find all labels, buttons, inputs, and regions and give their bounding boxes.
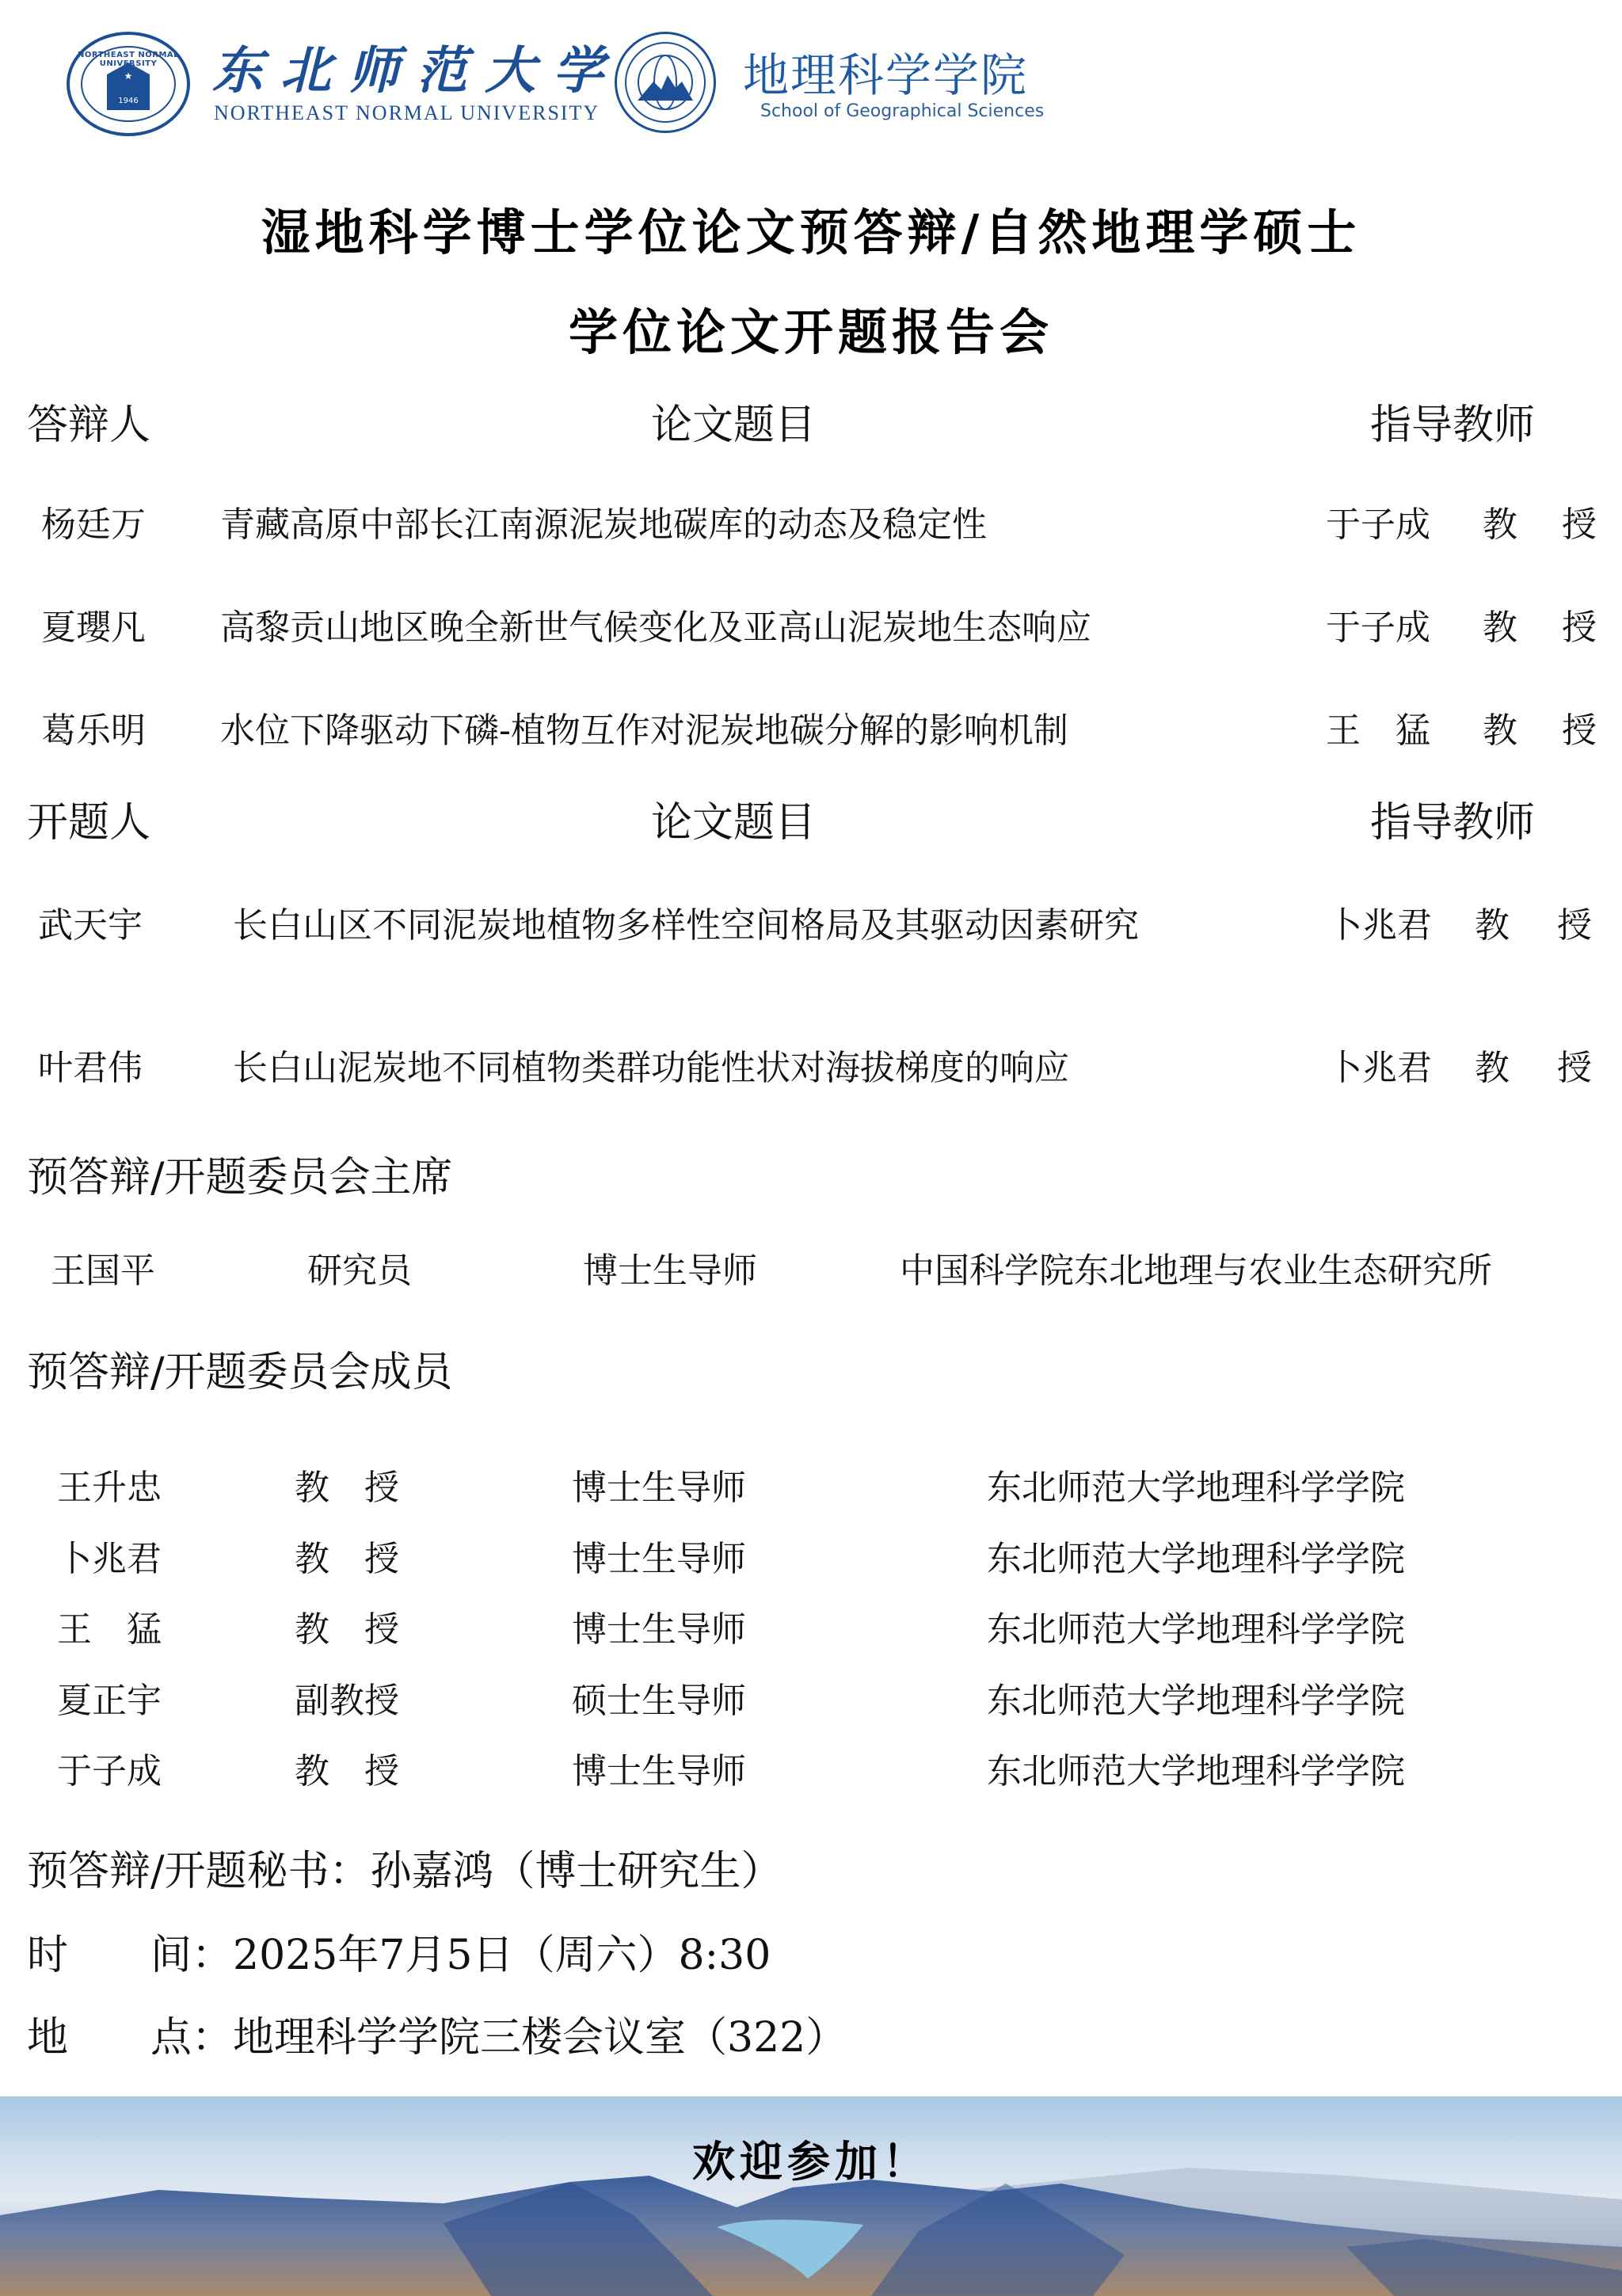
- chair-role: 博士生导师: [583, 1242, 757, 1293]
- proposal-rank1: 教: [1475, 897, 1510, 947]
- proposal-topic: 长白山区不同泥炭地植物多样性空间格局及其驱动因素研究: [233, 897, 1139, 947]
- member-role: 博士生导师: [572, 1742, 746, 1793]
- defense-rank2: 授: [1562, 599, 1597, 649]
- member-role: 博士生导师: [572, 1601, 746, 1651]
- secretary-line: 预答辩/开题秘书：孙嘉鸿（博士研究生）: [27, 1837, 782, 1897]
- defense-advisor: 于子成: [1326, 496, 1430, 546]
- member-title: 副教授: [295, 1672, 399, 1723]
- member-role: 博士生导师: [572, 1530, 746, 1581]
- member-name: 卜兆君: [57, 1530, 162, 1581]
- school-name-en: School of Geographical Sciences: [760, 101, 1044, 121]
- defense-rank1: 教: [1483, 599, 1517, 649]
- member-affiliation: 东北师范大学地理科学学院: [987, 1742, 1405, 1793]
- defense-topic: 青藏高原中部长江南源泥炭地碳库的动态及稳定性: [220, 496, 987, 546]
- member-role: 硕士生导师: [572, 1672, 746, 1723]
- proposal-header-person: 开题人: [27, 789, 150, 848]
- mountain-icon: [638, 72, 693, 104]
- page-title-line2: 学位论文开题报告会: [0, 293, 1622, 364]
- welcome-message: 欢迎参加！: [0, 2128, 1622, 2189]
- member-role: 博士生导师: [572, 1459, 746, 1510]
- time-value: 2025年7月5日（周六）8:30: [233, 1932, 771, 1979]
- proposal-name: 武天宇: [38, 897, 143, 947]
- defense-rank2: 授: [1562, 702, 1597, 752]
- defense-name: 葛乐明: [41, 702, 146, 752]
- defense-header-person: 答辩人: [27, 391, 150, 451]
- mountain-landscape-illustration: [0, 2096, 1622, 2296]
- defense-header-advisor: 指导教师: [1370, 391, 1535, 451]
- member-affiliation: 东北师范大学地理科学学院: [987, 1459, 1405, 1510]
- place-value: 地理科学学院三楼会议室（322）: [233, 2014, 847, 2062]
- time-label: 时 间：: [27, 1932, 233, 1979]
- defense-advisor: 于子成: [1326, 599, 1430, 649]
- university-name-en: NORTHEAST NORMAL UNIVERSITY: [214, 101, 600, 125]
- proposal-rank2: 授: [1557, 1039, 1592, 1090]
- school-name-cn: 地理科学学院: [743, 38, 1028, 105]
- place-label: 地 点：: [27, 2014, 233, 2062]
- proposal-advisor: 卜兆君: [1327, 1039, 1432, 1090]
- defense-rank1: 教: [1483, 702, 1517, 752]
- proposal-rank1: 教: [1475, 1039, 1510, 1090]
- member-affiliation: 东北师范大学地理科学学院: [987, 1530, 1405, 1581]
- member-title: 教 授: [295, 1742, 399, 1793]
- page-title-line1: 湿地科学博士学位论文预答辩/自然地理学硕士: [0, 193, 1622, 264]
- chair-affiliation: 中国科学院东北地理与农业生态研究所: [900, 1242, 1492, 1293]
- star-icon: ★: [124, 70, 133, 82]
- members-heading: 预答辩/开题委员会成员: [27, 1338, 453, 1398]
- defense-topic: 水位下降驱动下磷-植物互作对泥炭地碳分解的影响机制: [220, 702, 1068, 752]
- chair-title: 研究员: [307, 1242, 412, 1293]
- proposal-advisor: 卜兆君: [1327, 897, 1432, 947]
- member-affiliation: 东北师范大学地理科学学院: [987, 1672, 1405, 1723]
- mountain-lake-banner-image: 欢迎参加！: [0, 2096, 1622, 2296]
- member-name: 王 猛: [57, 1601, 162, 1651]
- defense-rank1: 教: [1483, 496, 1517, 546]
- member-name: 于子成: [57, 1742, 162, 1793]
- chair-name: 王国平: [51, 1242, 155, 1293]
- defense-rank2: 授: [1562, 496, 1597, 546]
- time-line: 时 间：2025年7月5日（周六）8:30: [27, 1921, 771, 1981]
- proposal-header-advisor: 指导教师: [1370, 789, 1535, 848]
- proposal-header-topic: 论文题目: [651, 789, 816, 848]
- proposal-rank2: 授: [1557, 897, 1592, 947]
- school-seal-logo: [615, 32, 716, 133]
- defense-topic: 高黎贡山地区晚全新世气候变化及亚高山泥炭地生态响应: [220, 599, 1091, 649]
- proposal-name: 叶君伟: [38, 1039, 143, 1090]
- seal-year: 1946: [118, 97, 138, 105]
- member-title: 教 授: [295, 1601, 399, 1651]
- defense-name: 杨廷万: [41, 496, 146, 546]
- member-title: 教 授: [295, 1459, 399, 1510]
- defense-header-topic: 论文题目: [651, 391, 816, 451]
- chair-heading: 预答辩/开题委员会主席: [27, 1144, 453, 1203]
- defense-advisor: 王 猛: [1326, 702, 1430, 752]
- member-name: 王升忠: [57, 1459, 162, 1510]
- university-seal-logo: NORTHEAST NORMAL UNIVERSITY ★ 1946: [67, 32, 190, 136]
- defense-name: 夏瓔凡: [41, 599, 146, 649]
- place-line: 地 点：地理科学学院三楼会议室（322）: [27, 2004, 847, 2063]
- member-title: 教 授: [295, 1530, 399, 1581]
- proposal-topic: 长白山泥炭地不同植物类群功能性状对海拔梯度的响应: [233, 1039, 1069, 1090]
- member-name: 夏正宇: [57, 1672, 162, 1723]
- university-name-cn: 东北师范大学: [212, 30, 621, 103]
- member-affiliation: 东北师范大学地理科学学院: [987, 1601, 1405, 1651]
